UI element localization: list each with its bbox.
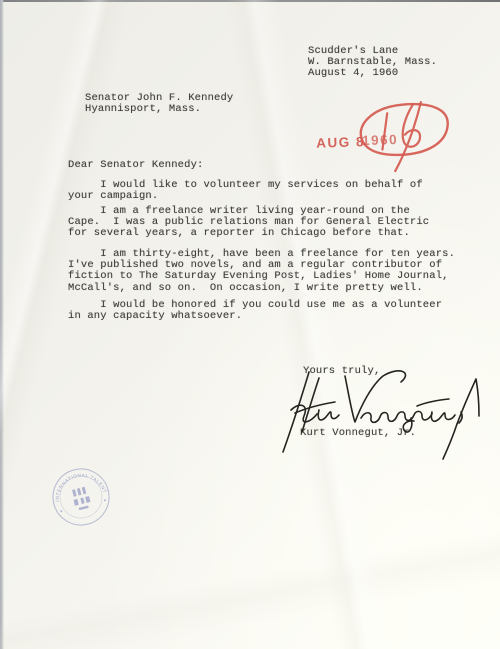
archive-stamp: INTERNATIONAL TALENT [39,455,124,540]
archive-stamp-center-marks [71,486,92,511]
paragraph-4: I would be honored if you could use me a… [68,300,442,322]
closing: Yours truly, [303,366,380,377]
paragraph-1: I would like to volunteer my services on… [68,180,423,202]
paragraph-3: I am thirty-eight, have been a freelance… [68,249,455,294]
recipient-address: Senator John F. Kennedy Hyannisport, Mas… [85,93,233,115]
letter-paper: Scudder's Lane W. Barnstable, Mass. Augu… [0,0,500,649]
salutation: Dear Senator Kennedy: [68,160,203,171]
scan-edge-left [0,0,4,649]
sender-address: Scudder's Lane W. Barnstable, Mass. Augu… [308,46,437,80]
paragraph-2: I am a freelance writer living year-roun… [68,206,429,240]
date-stamp-ellipse [360,103,449,156]
scan-edge-top [0,0,500,2]
date-received-stamp: AUG 8 1960 [309,94,484,178]
signature [265,366,485,462]
typed-name: Kurt Vonnegut, Jr. [300,428,416,439]
date-stamp-month-day: AUG 8 [316,134,365,151]
